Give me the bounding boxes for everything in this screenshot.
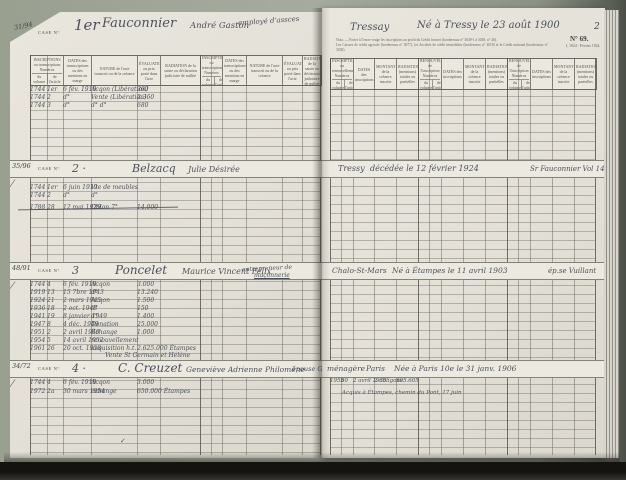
case4-birth-note: Née à Paris 10e le 31 janv. 1906 <box>394 364 516 373</box>
table-row: 1955602 avril 19552 obligons305.605 <box>330 378 418 384</box>
col-header-dates: DATES des transcriptions ou des mentions… <box>223 56 247 85</box>
col-header-evaluation: ÉVALUATION ou prix porté dans l'acte <box>283 56 303 85</box>
form-number: N° 69. <box>570 35 588 43</box>
grid-line <box>160 55 161 455</box>
grid-line <box>47 55 48 455</box>
grid-line <box>530 58 531 455</box>
case3-row-note: Vente St Germain et Hélène <box>105 352 190 359</box>
col-header-montant: MONTANT de la créance inscrite <box>464 59 486 89</box>
grid-line <box>200 55 201 455</box>
case3-number: 3 <box>72 264 79 277</box>
table-row: 17442d°Vente (Libération)2.360 <box>30 94 163 101</box>
col-header-montant: MONTANT de la créance inscrite <box>553 59 575 89</box>
col-header-numeros: RENOUVELLEMENTS de l'inscription Numéros… <box>508 59 531 89</box>
page-gutter-shadow <box>312 8 330 458</box>
right-page: Tressay Né à Tressy le 23 août 1900 2 N°… <box>322 8 605 458</box>
col-header-dates: DATES des inscriptions <box>531 59 553 89</box>
grid-line <box>91 55 92 455</box>
grid-line <box>463 58 464 455</box>
case3-residence: Chalo-St-Mars <box>332 266 387 275</box>
col-header-numeros: RENOUVELLEMENTS de l'inscription Numéros… <box>419 59 442 89</box>
col-header-numeros-sub: Numéros <box>420 73 440 78</box>
margin-slash-mark: ∕ <box>11 278 13 294</box>
page-stack-edge <box>604 10 619 458</box>
case3-profession-line2: maçonnerie <box>254 272 290 279</box>
table-row: 1941198 janvier 1949d°1.400 <box>30 313 163 320</box>
case1-surname: Fauconnier <box>102 16 176 31</box>
grid-line <box>552 58 553 455</box>
table-row: 1924212 mars 1945Acqon1.500 <box>30 297 163 304</box>
col-header-article: de l'article <box>48 74 63 84</box>
grid-line <box>211 55 212 455</box>
case4-number: 4 · <box>72 362 86 375</box>
case3-birth-note: Né à Étampes le 11 avril 1903 <box>392 266 508 275</box>
case4-firstnames: Geneviève Adrienne Philomène <box>186 365 305 374</box>
table-row: 174446 fév. 1919Acqon3.000 <box>30 379 163 386</box>
table-row: 17441er6 juin 1919Vte de meubles <box>30 184 163 191</box>
grid-line <box>246 55 247 455</box>
case4-profession: ménagère <box>327 364 365 373</box>
left-page: CASE N° 1er Fauconnier André Gaston empl… <box>10 12 322 458</box>
table-row: 1936182 oct. 1948d°150 <box>30 305 163 312</box>
table-row: 195122 avril 1948Échange1.000 <box>30 329 163 336</box>
col-header-nature: NATURE de l'acte transcrit ou de la créa… <box>92 56 138 85</box>
case1-number: 1er <box>74 16 100 34</box>
margin-folio-mark: 35/96 <box>12 162 31 170</box>
checkmark: ✓ <box>120 437 126 445</box>
case4-surname: C. Creuzet <box>118 361 182 375</box>
printed-nota: Nota. — Porter à l'encre rouge les inscr… <box>336 38 548 53</box>
table-row: 174446 fév. 1919Acqon3.000 <box>30 281 163 288</box>
col-header-numeros-sub: Numéros <box>332 73 352 78</box>
margin-slash-mark: ∕ <box>11 376 13 392</box>
col-header-renouvellements-title: RENOUVELLEMENTS de l'inscription <box>509 59 529 73</box>
table-row: 1954514 avril 1952renouvellement <box>30 337 163 344</box>
case-band: CASE N° 3 Poncelet Maurice Vincent Félix… <box>10 262 322 280</box>
col-header-numeros-sub: Numéros <box>509 73 529 78</box>
margin-folio-mark: 34/72 <box>12 362 31 370</box>
case-number-label: CASE N° <box>38 166 60 171</box>
case-number-label: CASE N° <box>38 366 60 371</box>
margin-folio-mark: 48/91 <box>12 264 31 272</box>
case1-residence: Tressay <box>350 22 389 33</box>
col-header-radiations: RADIATIONS (mentions) totales ou partiel… <box>575 59 596 89</box>
col-header-nature: NATURE de l'acte transcrit ou de la créa… <box>247 56 283 85</box>
case-number-label: CASE N° <box>38 268 60 273</box>
col-header-radiations: RADIATIONS (mentions) totales ou partiel… <box>486 59 508 89</box>
case4-residence: Paris <box>366 364 385 373</box>
case2-death-note: décédée le 12 février 1924 <box>370 164 479 173</box>
nota-line2: Les Caisses de crédit agricole (borderea… <box>336 43 548 53</box>
table-row: 17442d°d° <box>30 192 163 199</box>
case2-surname: Belzacq <box>132 162 176 175</box>
col-header-dates: DATES des inscriptions <box>442 59 464 89</box>
col-header-radiation: RADIATION de la saisie ou déclaration ju… <box>161 56 201 85</box>
case-band: Chalo-St-Mars Né à Étampes le 11 avril 1… <box>322 262 605 280</box>
col-header-numeros: INSCRIPTIONS ou renouvellements Numéros … <box>331 59 354 89</box>
case-band: ménagère Paris Née à Paris 10e le 31 jan… <box>322 360 605 378</box>
table-row: 19191315 7bre 1943d°13.240 <box>30 289 163 296</box>
col-header-renouvellements-title: RENOUVELLEMENTS de l'inscription <box>420 59 440 73</box>
margin-slash-mark: ∕ <box>11 176 13 192</box>
case2-number: 2 · <box>72 162 86 175</box>
col-header-radiations: RADIATIONS (mentions) totales ou partiel… <box>397 59 419 89</box>
grid-line <box>574 58 575 455</box>
col-header-evaluation: ÉVALUATION ou prix porté dans l'acte <box>138 56 161 85</box>
scanned-register-photo: CASE N° 1er Fauconnier André Gaston empl… <box>0 0 626 480</box>
case1-birth-note: Né à Tressy le 23 août 1900 <box>417 20 560 31</box>
table-row: 19722a30 mars 1954échange650.000 Étampes <box>30 388 163 395</box>
case1-profession: employé d'assces <box>238 15 300 27</box>
col-header-volume: du volume <box>32 74 48 84</box>
table-row: 194784 déc. 1949Donation25.000 <box>30 321 163 328</box>
case-band: CASE N° 2 · Belzacq Julie Désirée <box>10 160 322 178</box>
case2-firstnames: Julie Désirée <box>188 165 240 174</box>
grid-line <box>302 55 303 455</box>
table-row: 17441er6 fév. 1919Acqon (Libération)360 <box>30 86 163 93</box>
case-number-label: CASE N° <box>38 30 60 35</box>
table-row-note: Acquis à Étampes, chemin du Pont, 17 jui… <box>342 390 462 396</box>
page-number: 2 <box>594 22 600 32</box>
grid-line <box>595 58 596 455</box>
grid-line <box>507 58 508 455</box>
col-header-numeros: INSCRIPTIONS ou transcriptions Numéros d… <box>201 56 223 85</box>
col-header-montant: MONTANT de la créance inscrite <box>375 59 397 89</box>
case-band: Tressy décédée le 12 février 1924 Sr Fau… <box>322 160 605 178</box>
case2-residence: Tressy <box>338 164 365 173</box>
table-row: 17443d°d° d°680 <box>30 102 163 109</box>
case2-reference: Sr Fauconnier Vol 145 <box>530 165 609 173</box>
case3-surname: Poncelet <box>115 263 167 277</box>
grid-line <box>30 55 31 455</box>
grid-line <box>222 55 223 455</box>
scan-bottom-edge <box>0 462 626 480</box>
case-band: CASE N° 4 · C. Creuzet Geneviève Adrienn… <box>10 360 322 378</box>
grid-line <box>137 55 138 455</box>
grid-line <box>485 58 486 455</box>
col-header-dates: DATES des inscriptions <box>354 59 375 89</box>
grid-line <box>330 58 331 455</box>
form-edition: I. 1924 - Février 1924. <box>566 44 600 48</box>
grid-line <box>518 58 519 455</box>
grid-line <box>63 55 64 455</box>
col-header-inscriptions-title: INSCRIPTIONS ou renouvellements <box>332 59 352 73</box>
table-row: 19612620 oct. 1958acquisition h.t.2.625.… <box>30 345 163 352</box>
left-column-headers: INSCRIPTIONS ou transcriptions Numéros d… <box>30 55 322 86</box>
col-header-dates: DATES des transcriptions ou des mentions… <box>64 56 92 85</box>
case3-reference: ép.se Vuillant <box>548 267 596 275</box>
grid-line <box>282 55 283 455</box>
